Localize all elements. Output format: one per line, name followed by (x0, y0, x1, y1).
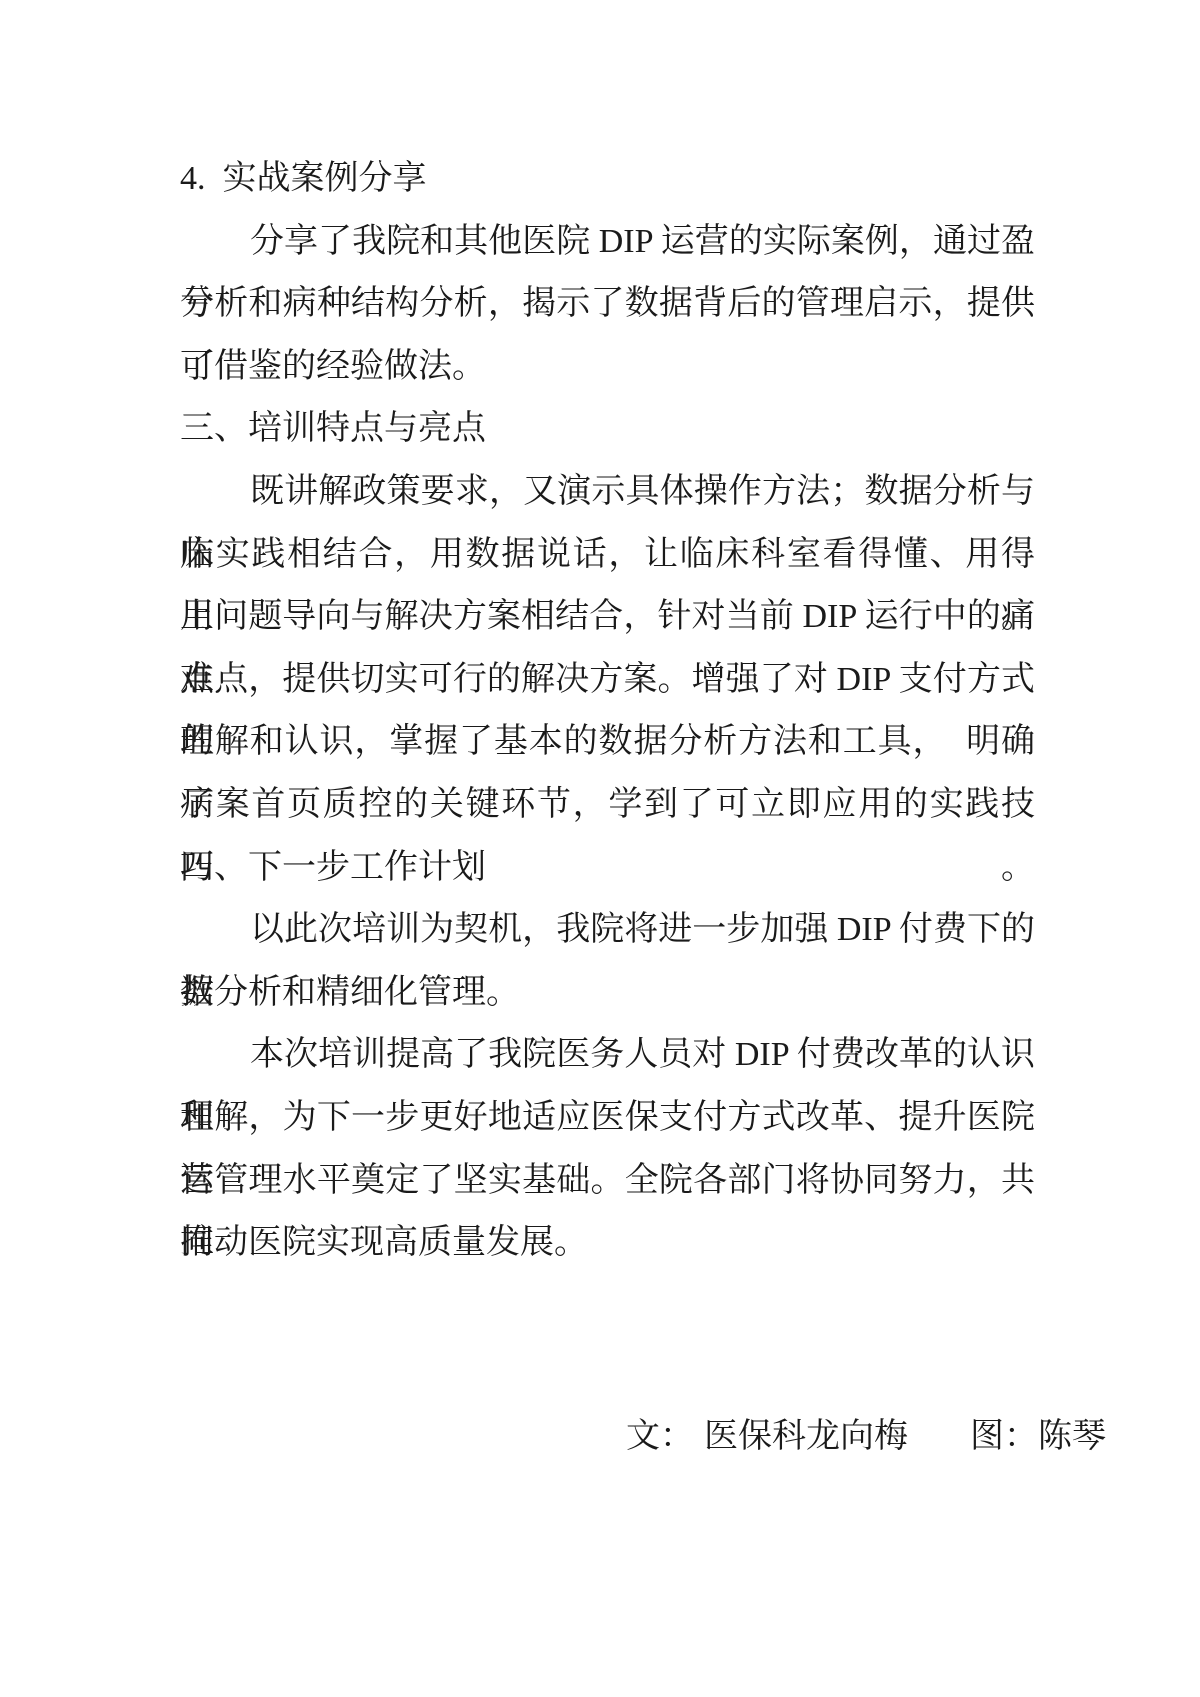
text-line: 用问题导向与解决方案相结合，针对当前 DIP 运行中的痛点 (180, 586, 1035, 649)
text-line: 本次培训提高了我院医务人员对 DIP 付费改革的认识和 (180, 1024, 1035, 1087)
text-credit-label: 文： (626, 1418, 694, 1455)
text-line: 难点，提供切实可行的解决方案。增强了对 DIP 支付方式的 (180, 649, 1035, 712)
text-line: 分享了我院和其他医院 DIP 运营的实际案例，通过盈亏 (180, 211, 1035, 274)
text-line-heading-4: 4. 实战案例分享 (180, 148, 1035, 211)
text-line: 理解，为下一步更好地适应医保支付方式改革、提升医院运 (180, 1087, 1035, 1150)
photo-credit-label: 图： (970, 1418, 1038, 1455)
text-line: 推动医院实现高质量发展。 (180, 1212, 1035, 1275)
text-line: 分析和病种结构分析，揭示了数据背后的管理启示，提供了 (180, 273, 1035, 336)
text-line: 营管理水平奠定了坚实基础。全院各部门将协同努力，共同 (180, 1150, 1035, 1213)
document-page: 4. 实战案例分享 分享了我院和其他医院 DIP 运营的实际案例，通过盈亏 分析… (0, 0, 1200, 1697)
text-line: 病案首页质控的关键环节，学到了可立即应用的实践技巧。 (180, 774, 1035, 837)
text-line: 理解和认识，掌握了基本的数据分析方法和工具， 明确了 (180, 711, 1035, 774)
text-line: 既讲解政策要求，又演示具体操作方法；数据分析与临 (180, 461, 1035, 524)
text-line: 可借鉴的经验做法。 (180, 336, 1035, 399)
credits-line: 文：医保科龙向梅图：陈琴 (180, 1344, 1035, 1407)
document-body: 4. 实战案例分享 分享了我院和其他医院 DIP 运营的实际案例，通过盈亏 分析… (180, 148, 1035, 1406)
text-line: 据分析和精细化管理。 (180, 962, 1035, 1025)
text-line: 床实践相结合，用数据说话，让临床科室看得懂、用得上。 (180, 524, 1035, 587)
text-line-heading-3: 三、培训特点与亮点 (180, 398, 1035, 461)
text-credit-author: 医保科龙向梅 (704, 1418, 908, 1455)
photo-credit-author: 陈琴 (1038, 1418, 1106, 1455)
text-line: 以此次培训为契机，我院将进一步加强 DIP 付费下的数 (180, 899, 1035, 962)
